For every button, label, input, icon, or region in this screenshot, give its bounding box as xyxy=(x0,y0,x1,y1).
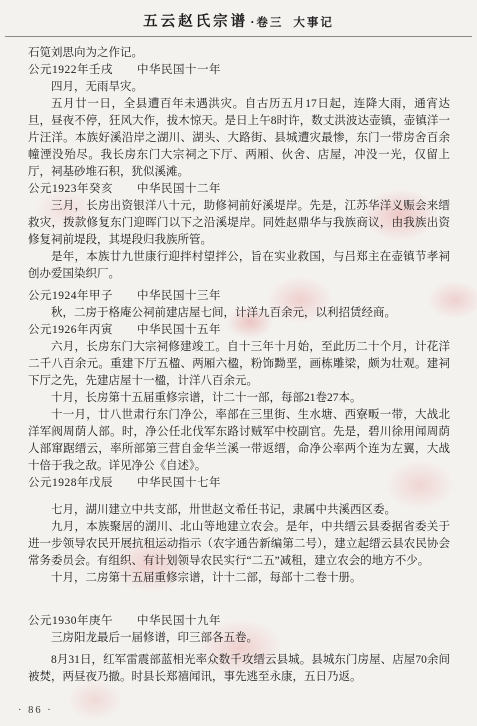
event-paragraph: 是年，本族廿九世康行迎拌村望拌公，旨在实业救国，与吕郑主在壶镇节孝祠创办爱国染织… xyxy=(28,249,450,283)
page-body: 石笕刘思向为之作记。 公元1922年壬戌 中华民国十一年 四月，无雨旱灾。 五月… xyxy=(0,37,477,686)
year-section-1928: 公元1928年戊辰 中华民国十七年 七月，湖川建立中共支部，卅世赵文希任书记，隶… xyxy=(28,475,450,587)
title-separator-dot: · xyxy=(250,14,254,29)
event-paragraph: 三房阳龙最后一届修谱，印三部各五卷。 xyxy=(28,630,450,647)
book-title: 五云赵氏宗谱 xyxy=(143,14,248,30)
event-paragraph: 五月廿一日，全县遭百年未遇洪灾。自古历五月17日起，连降大雨，通宵达旦，昼夜不停… xyxy=(28,96,450,181)
event-paragraph: 十一月，廿八世肃行东门净公，率部在三里街、生水塘、西寮畈一带，大战北洋军阀周荫人… xyxy=(28,407,450,475)
event-paragraph: 四月，无雨旱灾。 xyxy=(28,79,450,96)
year-section-1924: 公元1924年甲子 中华民国十三年 秋，二房于格庵公祠前建店屋七间，计洋九百余元… xyxy=(28,288,450,322)
event-paragraph: 秋，二房于格庵公祠前建店屋七间，计洋九百余元，以利招赁经商。 xyxy=(28,305,450,322)
year-heading: 公元1928年戊辰 中华民国十七年 xyxy=(28,475,450,492)
year-heading: 公元1926年丙寅 中华民国十五年 xyxy=(28,322,450,339)
event-paragraph: 九月，本族聚居的湖川、北山等地建立农会。是年，中共缙云县委据省委关于进一步领导农… xyxy=(28,519,450,570)
event-paragraph: 六月，长房东门大宗祠修建竣工。自十三年十月始，至此历二十个月，计花洋二千八百余元… xyxy=(28,339,450,390)
page-number: · 86 · xyxy=(18,705,53,716)
continuation-line: 石笕刘思向为之作记。 xyxy=(28,45,450,62)
event-paragraph: 8月31日，红军雷震部蓝相光率众数千攻缙云县城。县城东门房屋、店屋70余间被焚，… xyxy=(28,652,450,686)
year-section-1930: 公元1930年庚午 中华民国十九年 三房阳龙最后一届修谱，印三部各五卷。 8月3… xyxy=(28,613,450,686)
section-label: 大事记 xyxy=(293,17,334,29)
volume-label: 卷三 xyxy=(256,17,283,29)
event-paragraph: 三月，长房出资银洋八十元，助修祠前好溪堤岸。先是，江苏华洋义赈会来缙救灾，拨款修… xyxy=(28,198,450,249)
year-section-1926: 公元1926年丙寅 中华民国十五年 六月，长房东门大宗祠修建竣工。自十三年十月始… xyxy=(28,322,450,475)
event-paragraph: 十月，二房第十五届重修宗谱，计十二部，每部十二卷十册。 xyxy=(28,570,450,587)
year-heading: 公元1922年壬戌 中华民国十一年 xyxy=(28,62,450,79)
year-heading: 公元1930年庚午 中华民国十九年 xyxy=(28,613,450,630)
year-heading: 公元1923年癸亥 中华民国十二年 xyxy=(28,181,450,198)
genealogy-page: 五云赵氏宗谱·卷三大事记 石笕刘思向为之作记。 公元1922年壬戌 中华民国十一… xyxy=(0,0,477,726)
year-section-1922: 公元1922年壬戌 中华民国十一年 四月，无雨旱灾。 五月廿一日，全县遭百年未遇… xyxy=(28,62,450,181)
year-heading: 公元1924年甲子 中华民国十三年 xyxy=(28,288,450,305)
event-paragraph: 七月，湖川建立中共支部，卅世赵文希任书记，隶属中共溪西区委。 xyxy=(28,502,450,519)
year-section-1923: 公元1923年癸亥 中华民国十二年 三月，长房出资银洋八十元，助修祠前好溪堤岸。… xyxy=(28,181,450,283)
page-header: 五云赵氏宗谱·卷三大事记 xyxy=(0,0,477,31)
event-paragraph: 十月，长房第十五届重修宗谱，计二十一部，每部21卷27本。 xyxy=(28,390,450,407)
